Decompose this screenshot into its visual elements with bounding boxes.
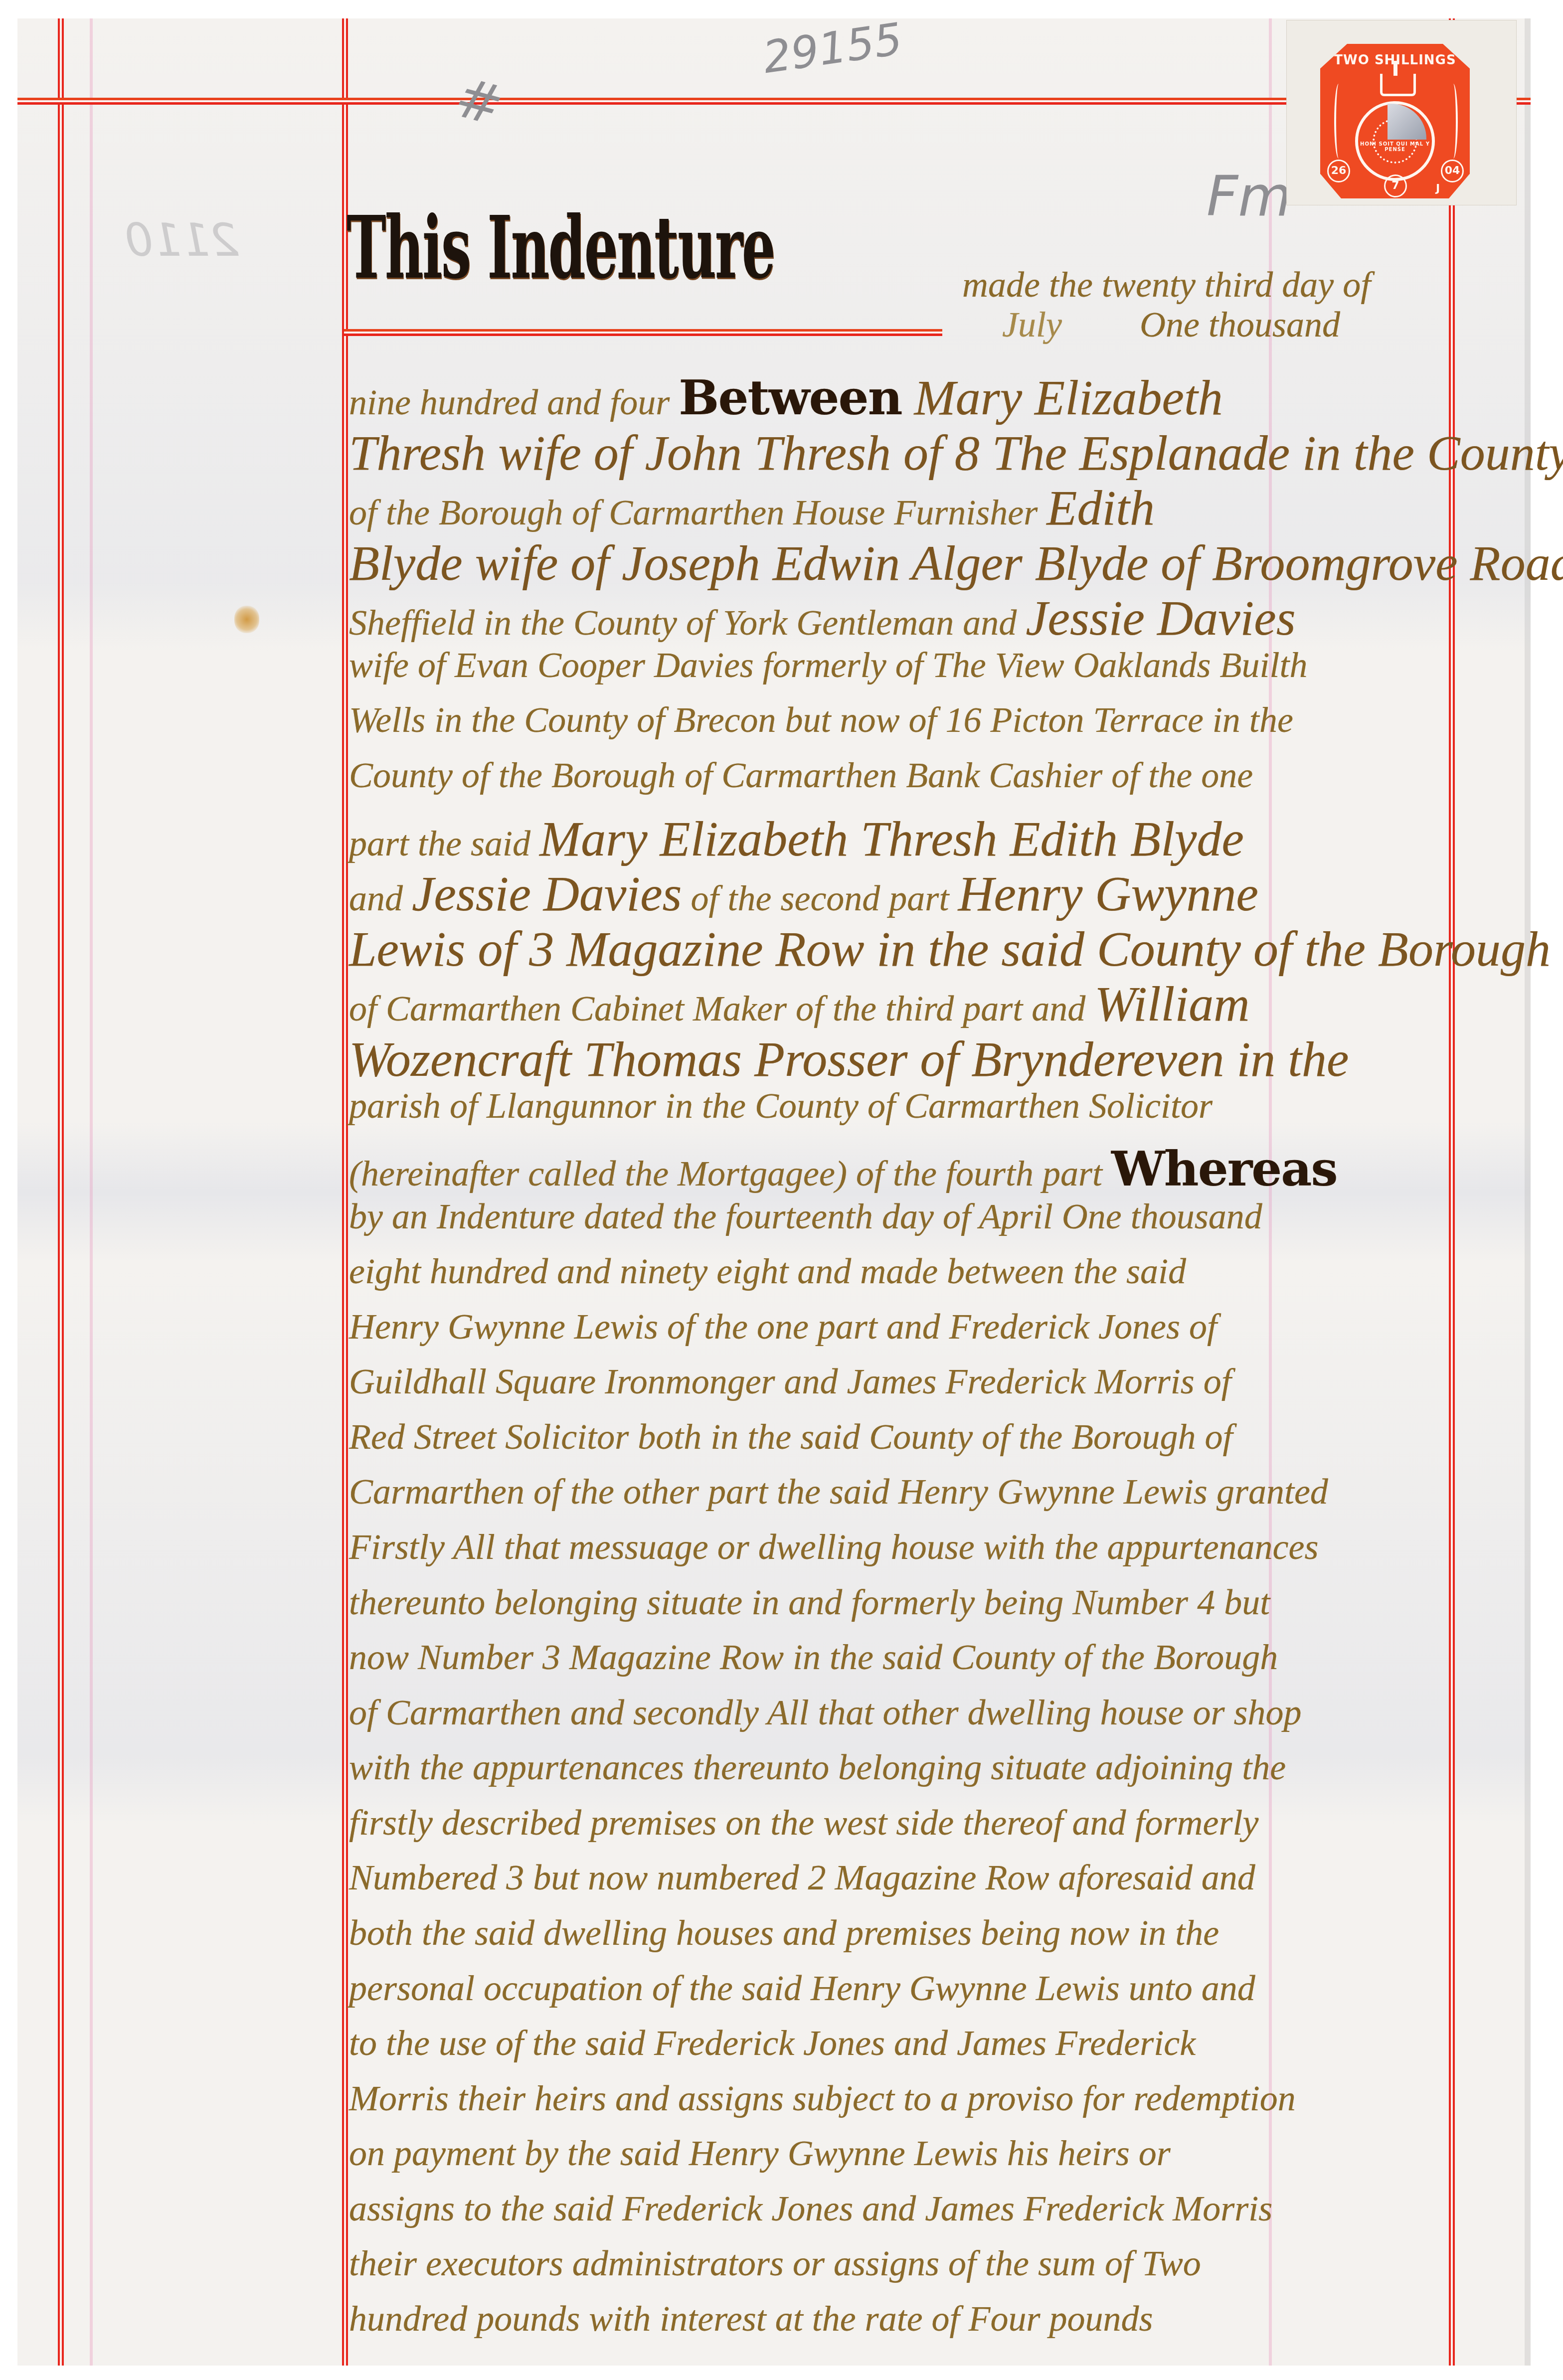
title-underline-rule	[344, 329, 942, 336]
left-margin-rule	[58, 18, 64, 2366]
party-name: Mary Elizabeth	[901, 370, 1222, 425]
line-text: both the said dwelling houses and premis…	[349, 1913, 1219, 1953]
line-text: Numbered 3 but now numbered 2 Magazine R…	[349, 1858, 1255, 1897]
line-text: Sheffield in the County of York Gentlema…	[349, 603, 1026, 643]
faint-pink-rule	[90, 18, 93, 2366]
text-line: both the said dwelling houses and premis…	[349, 1912, 1448, 1954]
line-text: Morris their heirs and assigns subject t…	[349, 2078, 1296, 2118]
party-name: of 3 Magazine Row in the said County of …	[465, 921, 1551, 977]
document-title: This Indenture	[347, 197, 774, 298]
text-line: firstly described premises on the west s…	[349, 1802, 1448, 1844]
text-line: Carmarthen of the other part the said He…	[349, 1471, 1448, 1513]
line-text: thereunto belonging situate in and forme…	[349, 1582, 1270, 1622]
text-line: personal occupation of the said Henry Gw…	[349, 1968, 1448, 2009]
line-text: County of the Borough of Carmarthen Bank…	[349, 755, 1253, 795]
text-line: part the said Mary Elizabeth Thresh Edit…	[349, 810, 1448, 867]
text-line: of Carmarthen and secondly All that othe…	[349, 1692, 1448, 1733]
text-line: of the Borough of Carmarthen House Furni…	[349, 479, 1448, 536]
text-line: County of the Borough of Carmarthen Bank…	[349, 755, 1448, 796]
text-line: hundred pounds with interest at the rate…	[349, 2298, 1448, 2340]
text-line: Wozencraft Thomas Prosser of Bryndereven…	[349, 1030, 1448, 1088]
text-line: (hereinafter called the Mortgagee) of th…	[349, 1141, 1448, 1197]
text-line: Firstly All that messuage or dwelling ho…	[349, 1527, 1448, 1568]
text-line: eight hundred and ninety eight and made …	[349, 1251, 1448, 1292]
line-text: of the Borough of Carmarthen House Furni…	[349, 493, 1046, 532]
line-text: part the said	[349, 824, 539, 863]
oak-branch-icon	[1334, 84, 1343, 159]
text-line: of Carmarthen Cabinet Maker of the third…	[349, 975, 1448, 1032]
stamp-letter: J	[1436, 182, 1440, 195]
text-line: Numbered 3 but now numbered 2 Magazine R…	[349, 1857, 1448, 1898]
line-text: of Carmarthen Cabinet Maker of the third…	[349, 989, 1094, 1028]
line-text: eight hundred and ninety eight and made …	[349, 1251, 1186, 1291]
line-text: by an Indenture dated the fourteenth day…	[349, 1196, 1262, 1236]
line-text: to the use of the said Frederick Jones a…	[349, 2023, 1196, 2063]
line-text: Wells in the County of Brecon but now of…	[349, 700, 1293, 740]
text-line: Henry Gwynne Lewis of the one part and F…	[349, 1306, 1448, 1348]
party-name: William	[1094, 976, 1249, 1031]
text-line: Thresh wife of John Thresh of 8 The Espl…	[349, 424, 1448, 482]
line-text: hundred pounds with interest at the rate…	[349, 2299, 1153, 2339]
line-text: parish of Llangunnor in the County of Ca…	[349, 1086, 1213, 1126]
text-line: parish of Llangunnor in the County of Ca…	[349, 1085, 1448, 1127]
line-text: firstly described premises on the west s…	[349, 1803, 1258, 1843]
foxing-stain	[234, 606, 259, 633]
date-month: July	[1002, 305, 1062, 344]
text-line: Lewis of 3 Magazine Row in the said Coun…	[349, 920, 1448, 978]
pencil-scribble: Fm	[1207, 165, 1291, 228]
date-line-1: made the twenty third day of	[962, 264, 1371, 306]
text-line: and Jessie Davies of the second part Hen…	[349, 865, 1448, 922]
text-line: thereunto belonging situate in and forme…	[349, 1582, 1448, 1623]
party-name: Jessie Davies	[412, 866, 682, 921]
text-line: on payment by the said Henry Gwynne Lewi…	[349, 2133, 1448, 2174]
date-year-text: One thousand	[1140, 305, 1340, 344]
party-name: wife of Joseph Edwin Alger Blyde of Broo…	[463, 535, 1563, 591]
oak-branch-icon	[1449, 84, 1458, 159]
text-margin-rule	[342, 18, 348, 2366]
line-text: Red Street Solicitor both in the said Co…	[349, 1417, 1232, 1457]
text-line: assigns to the said Frederick Jones and …	[349, 2188, 1448, 2229]
text-line: Morris their heirs and assigns subject t…	[349, 2078, 1448, 2119]
line-text: Firstly All that messuage or dwelling ho…	[349, 1527, 1319, 1567]
party-name: Thresh	[349, 425, 486, 481]
line-text: Carmarthen of the other part the said He…	[349, 1472, 1328, 1512]
line-text: nine hundred and four	[349, 382, 679, 422]
line-text: of the second part	[682, 878, 958, 918]
party-name: Edith	[1046, 480, 1155, 535]
party-name: Henry Gwynne	[958, 866, 1258, 921]
date-text: made the twenty third day of	[962, 265, 1371, 305]
text-line: nine hundred and four Between Mary Eliza…	[349, 369, 1448, 426]
party-name: wife of John Thresh of 8 The Esplanade i…	[486, 425, 1563, 481]
text-line: to the use of the said Frederick Jones a…	[349, 2023, 1448, 2064]
party-name: Lewis	[349, 921, 465, 977]
right-margin-rule	[1449, 18, 1455, 2366]
stamp-motto: HONI SOIT QUI MAL Y PENSE	[1350, 142, 1440, 153]
line-text: now Number 3 Magazine Row in the said Co…	[349, 1637, 1278, 1677]
line-text: Henry Gwynne Lewis of the one part and F…	[349, 1307, 1217, 1347]
keyword: Between	[679, 369, 901, 426]
line-text: wife of Evan Cooper Davies formerly of T…	[349, 645, 1307, 685]
text-line: now Number 3 Magazine Row in the said Co…	[349, 1637, 1448, 1678]
revenue-stamp: TWO SHILLINGS HONI SOIT QUI MAL Y PENSE …	[1320, 44, 1470, 198]
embossed-silver-die	[1388, 104, 1426, 140]
margin-showthrough-number: 2110	[125, 214, 239, 267]
party-name: Mary Elizabeth Thresh Edith Blyde	[539, 811, 1244, 866]
party-name: Jessie Davies	[1026, 590, 1295, 646]
line-text: assigns to the said Frederick Jones and …	[349, 2189, 1272, 2228]
line-text: Guildhall Square Ironmonger and James Fr…	[349, 1361, 1231, 1401]
text-line: wife of Evan Cooper Davies formerly of T…	[349, 645, 1448, 686]
text-line: Guildhall Square Ironmonger and James Fr…	[349, 1361, 1448, 1402]
line-text: their executors administrators or assign…	[349, 2243, 1201, 2283]
keyword: Whereas	[1111, 1141, 1337, 1197]
line-text: (hereinafter called the Mortgagee) of th…	[349, 1154, 1111, 1193]
date-line-2: July One thousand	[1002, 304, 1340, 345]
text-line: Red Street Solicitor both in the said Co…	[349, 1416, 1448, 1458]
party-name: of Bryndereven in the	[907, 1031, 1349, 1087]
text-line: by an Indenture dated the fourteenth day…	[349, 1196, 1448, 1237]
party-name: Wozencraft Thomas Prosser	[349, 1031, 907, 1087]
text-line: with the appurtenances thereunto belongi…	[349, 1747, 1448, 1788]
line-text: of Carmarthen and secondly All that othe…	[349, 1693, 1302, 1732]
line-text: with the appurtenances thereunto belongi…	[349, 1747, 1286, 1787]
text-line: Sheffield in the County of York Gentlema…	[349, 589, 1448, 647]
line-text: on payment by the said Henry Gwynne Lewi…	[349, 2133, 1171, 2173]
text-line: Blyde wife of Joseph Edwin Alger Blyde o…	[349, 534, 1448, 592]
crown-icon	[1380, 74, 1416, 96]
party-name: Blyde	[349, 535, 463, 591]
stamp-center-number: 7	[1384, 174, 1407, 197]
stamp-year: 04	[1441, 160, 1464, 182]
line-text: and	[349, 878, 412, 918]
text-line: their executors administrators or assign…	[349, 2243, 1448, 2284]
line-text: personal occupation of the said Henry Gw…	[349, 1968, 1255, 2008]
text-line: Wells in the County of Brecon but now of…	[349, 699, 1448, 741]
stamp-day: 26	[1327, 160, 1350, 182]
